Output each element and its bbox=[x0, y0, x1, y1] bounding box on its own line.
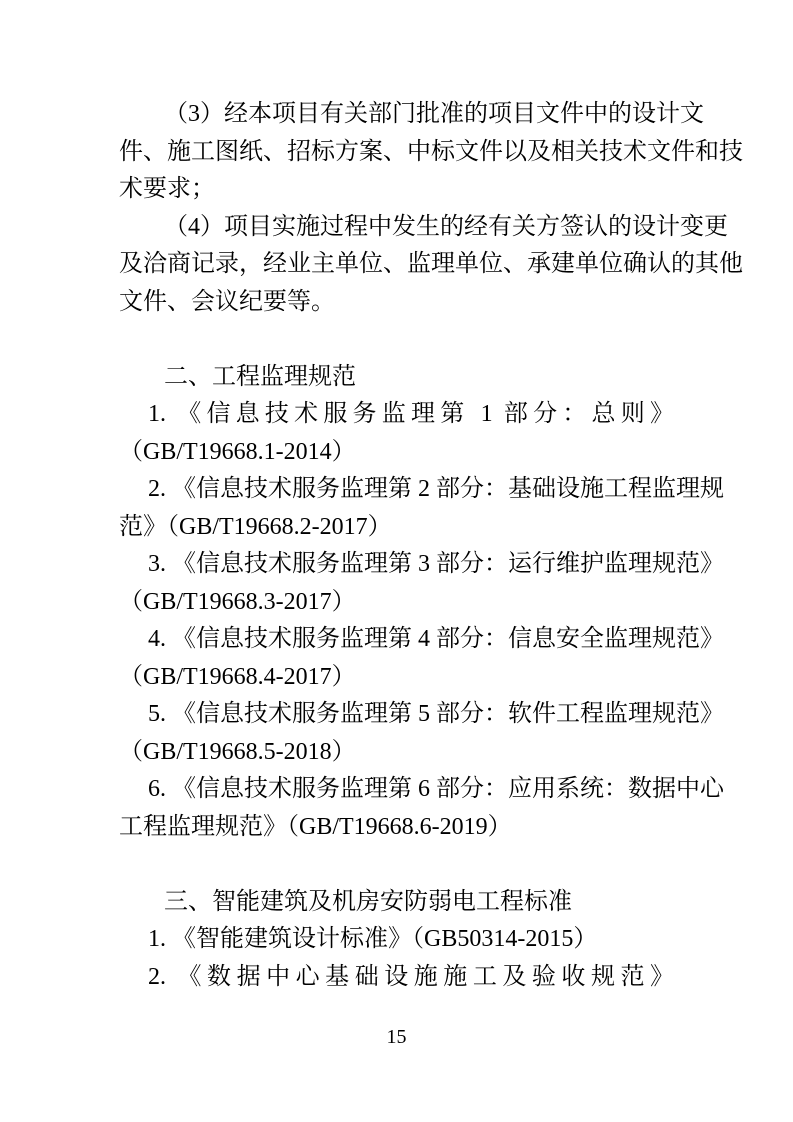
text-line: 1. 《智能建筑设计标准》（GB50314-2015） bbox=[119, 921, 674, 959]
document-body: （3）经本项目有关部门批准的项目文件中的设计文件、施工图纸、招标方案、中标文件以… bbox=[119, 96, 674, 996]
text-line: （GB/T19668.5-2018） bbox=[119, 734, 674, 772]
text-line: 2. 《数据中心基础设施施工及验收规范》 bbox=[119, 959, 674, 997]
text-line: 3. 《信息技术服务监理第 3 部分：运行维护监理规范》 bbox=[119, 546, 674, 584]
text-line: 1. 《信息技术服务监理第 1 部分：总则》 bbox=[119, 396, 674, 434]
text-line: （4）项目实施过程中发生的经有关方签认的设计变更 bbox=[119, 209, 674, 247]
text-line: 及洽商记录，经业主单位、监理单位、承建单位确认的其他 bbox=[119, 246, 674, 284]
text-line: （GB/T19668.4-2017） bbox=[119, 659, 674, 697]
text-line: 4. 《信息技术服务监理第 4 部分：信息安全监理规范》 bbox=[119, 621, 674, 659]
blank-line bbox=[119, 321, 674, 359]
text-line: 2. 《信息技术服务监理第 2 部分：基础设施工程监理规 bbox=[119, 471, 674, 509]
text-line: 5. 《信息技术服务监理第 5 部分：软件工程监理规范》 bbox=[119, 696, 674, 734]
text-line: （GB/T19668.3-2017） bbox=[119, 584, 674, 622]
section-heading: 三、智能建筑及机房安防弱电工程标准 bbox=[119, 884, 674, 922]
text-line: 文件、会议纪要等。 bbox=[119, 284, 674, 322]
text-line: （GB/T19668.1-2014） bbox=[119, 434, 674, 472]
text-line: 工程监理规范》（GB/T19668.6-2019） bbox=[119, 809, 674, 847]
text-line: 6. 《信息技术服务监理第 6 部分：应用系统：数据中心 bbox=[119, 771, 674, 809]
document-page: （3）经本项目有关部门批准的项目文件中的设计文件、施工图纸、招标方案、中标文件以… bbox=[0, 0, 793, 1122]
section-heading: 二、工程监理规范 bbox=[119, 359, 674, 397]
blank-line bbox=[119, 846, 674, 884]
text-line: 术要求； bbox=[119, 171, 674, 209]
text-line: （3）经本项目有关部门批准的项目文件中的设计文 bbox=[119, 96, 674, 134]
page-number: 15 bbox=[0, 1026, 793, 1049]
text-line: 件、施工图纸、招标方案、中标文件以及相关技术文件和技 bbox=[119, 134, 674, 172]
text-line: 范》（GB/T19668.2-2017） bbox=[119, 509, 674, 547]
